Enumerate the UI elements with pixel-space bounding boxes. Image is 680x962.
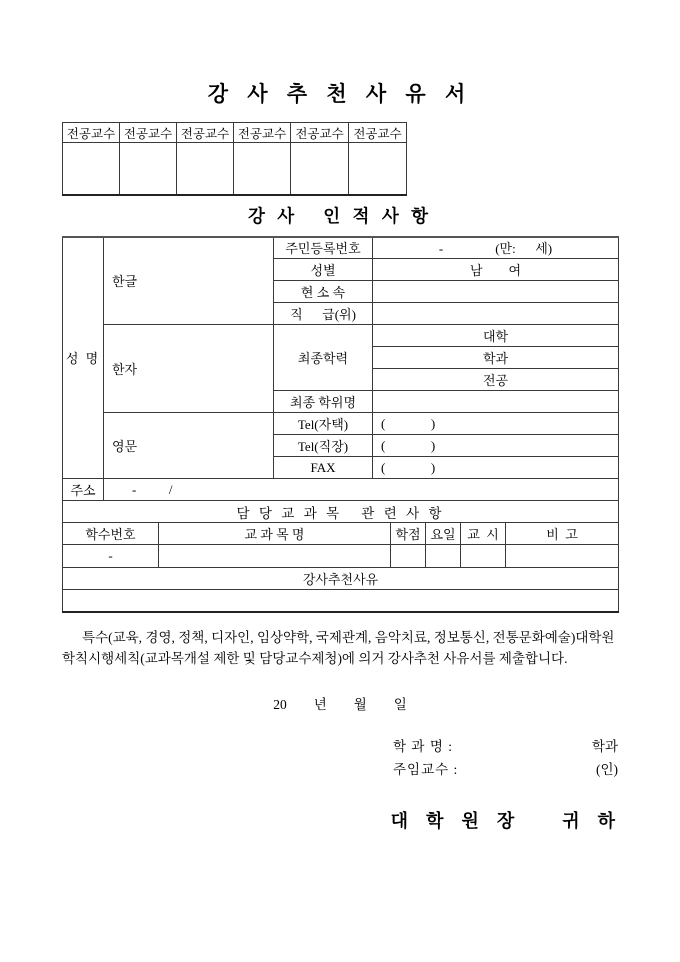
degree-value-field[interactable] [373, 391, 619, 413]
approval-header-cell: 전공교수 [63, 123, 120, 143]
fax-label: FAX [274, 457, 373, 479]
approval-signature-cell[interactable] [291, 143, 349, 195]
course-no-header: 학수번호 [63, 523, 159, 545]
education-label: 최종학력 [274, 325, 373, 391]
degree-label: 최종 학위명 [274, 391, 373, 413]
name-english-cell[interactable]: 영문 [104, 413, 274, 479]
credits-field[interactable] [391, 545, 426, 568]
personal-info-section-title: 강 사 인 적 사 항 [62, 203, 618, 228]
jumin-label: 주민등록번호 [274, 237, 373, 259]
credits-header: 학점 [391, 523, 426, 545]
department-name-label: 학 과 명 : [393, 735, 453, 758]
period-header: 교 시 [461, 523, 506, 545]
gender-value-field[interactable]: 남 여 [373, 259, 619, 281]
approval-signature-cell[interactable] [63, 143, 120, 195]
date-line: 20 년 월 일 [62, 693, 618, 713]
course-section-title: 담 당 교 과 목 관 련 사 항 [63, 501, 619, 523]
head-professor-seal: (인) [596, 758, 618, 781]
tel-home-value-field[interactable]: ( ) [373, 413, 619, 435]
course-name-header: 교 과 목 명 [159, 523, 391, 545]
approval-header-cell: 전공교수 [291, 123, 349, 143]
department-name-row: 학 과 명 : 학과 [393, 735, 618, 758]
name-hangul-cell[interactable]: 한글 [104, 237, 274, 325]
position-value-field[interactable] [373, 303, 619, 325]
personal-info-table: 성 명 한글 주민등록번호 - (만: 세) 성별 남 여 현 소 속 직 급(… [62, 236, 619, 502]
note-header: 비 고 [506, 523, 619, 545]
name-label: 성 명 [63, 237, 104, 479]
address-value-field[interactable]: - / [104, 479, 619, 501]
course-no-field[interactable]: - [63, 545, 159, 568]
affiliation-value-field[interactable] [373, 281, 619, 303]
note-field[interactable] [506, 545, 619, 568]
address-label: 주소 [63, 479, 104, 501]
fax-value-field[interactable]: ( ) [373, 457, 619, 479]
education-department-field[interactable]: 학과 [373, 347, 619, 369]
education-major-field[interactable]: 전공 [373, 369, 619, 391]
course-header-row: 학수번호 교 과 목 명 학점 요일 교 시 비 고 [63, 523, 619, 545]
form-page: 강 사 추 천 사 유 서 전공교수 전공교수 전공교수 전공교수 전공교수 전… [0, 78, 680, 833]
head-professor-row: 주임교수 : (인) [393, 758, 618, 781]
head-professor-label: 주임교수 : [393, 758, 458, 781]
recommendation-reason-field[interactable] [63, 590, 619, 612]
department-name-suffix: 학과 [592, 735, 618, 758]
approval-header-cell: 전공교수 [120, 123, 177, 143]
course-name-field[interactable] [159, 545, 391, 568]
period-field[interactable] [461, 545, 506, 568]
approval-signature-cell[interactable] [349, 143, 407, 195]
notice-line-2: 학칙시행세칙(교과목개설 제한 및 담당교수제청)에 의거 강사추천 사유서를 … [62, 648, 618, 669]
course-info-table: 담 당 교 과 목 관 련 사 항 학수번호 교 과 목 명 학점 요일 교 시… [62, 500, 619, 613]
jumin-value-field[interactable]: - (만: 세) [373, 237, 619, 259]
document-title: 강 사 추 천 사 유 서 [62, 78, 618, 108]
approval-signature-cell[interactable] [120, 143, 177, 195]
approval-header-row: 전공교수 전공교수 전공교수 전공교수 전공교수 전공교수 [63, 123, 407, 143]
professor-approval-table: 전공교수 전공교수 전공교수 전공교수 전공교수 전공교수 [62, 122, 407, 196]
affiliation-label: 현 소 속 [274, 281, 373, 303]
approval-signature-row [63, 143, 407, 195]
approval-signature-cell[interactable] [234, 143, 291, 195]
day-field[interactable] [426, 545, 461, 568]
approval-header-cell: 전공교수 [349, 123, 407, 143]
gender-label: 성별 [274, 259, 373, 281]
tel-home-label: Tel(자택) [274, 413, 373, 435]
approval-signature-cell[interactable] [177, 143, 234, 195]
signature-block: 학 과 명 : 학과 주임교수 : (인) [393, 735, 618, 781]
education-university-field[interactable]: 대학 [373, 325, 619, 347]
course-data-row: - [63, 545, 619, 568]
recipient-line: 대 학 원 장 귀 하 [62, 807, 618, 833]
name-hanja-cell[interactable]: 한자 [104, 325, 274, 413]
tel-office-value-field[interactable]: ( ) [373, 435, 619, 457]
day-header: 요일 [426, 523, 461, 545]
approval-header-cell: 전공교수 [234, 123, 291, 143]
notice-line-1: 특수(교육, 경영, 정책, 디자인, 임상약학, 국제관계, 음악치료, 정보… [62, 627, 618, 648]
approval-header-cell: 전공교수 [177, 123, 234, 143]
tel-office-label: Tel(직장) [274, 435, 373, 457]
position-label: 직 급(위) [274, 303, 373, 325]
submission-notice: 특수(교육, 경영, 정책, 디자인, 임상약학, 국제관계, 음악치료, 정보… [62, 627, 618, 669]
recommendation-reason-title: 강사추천사유 [63, 568, 619, 590]
